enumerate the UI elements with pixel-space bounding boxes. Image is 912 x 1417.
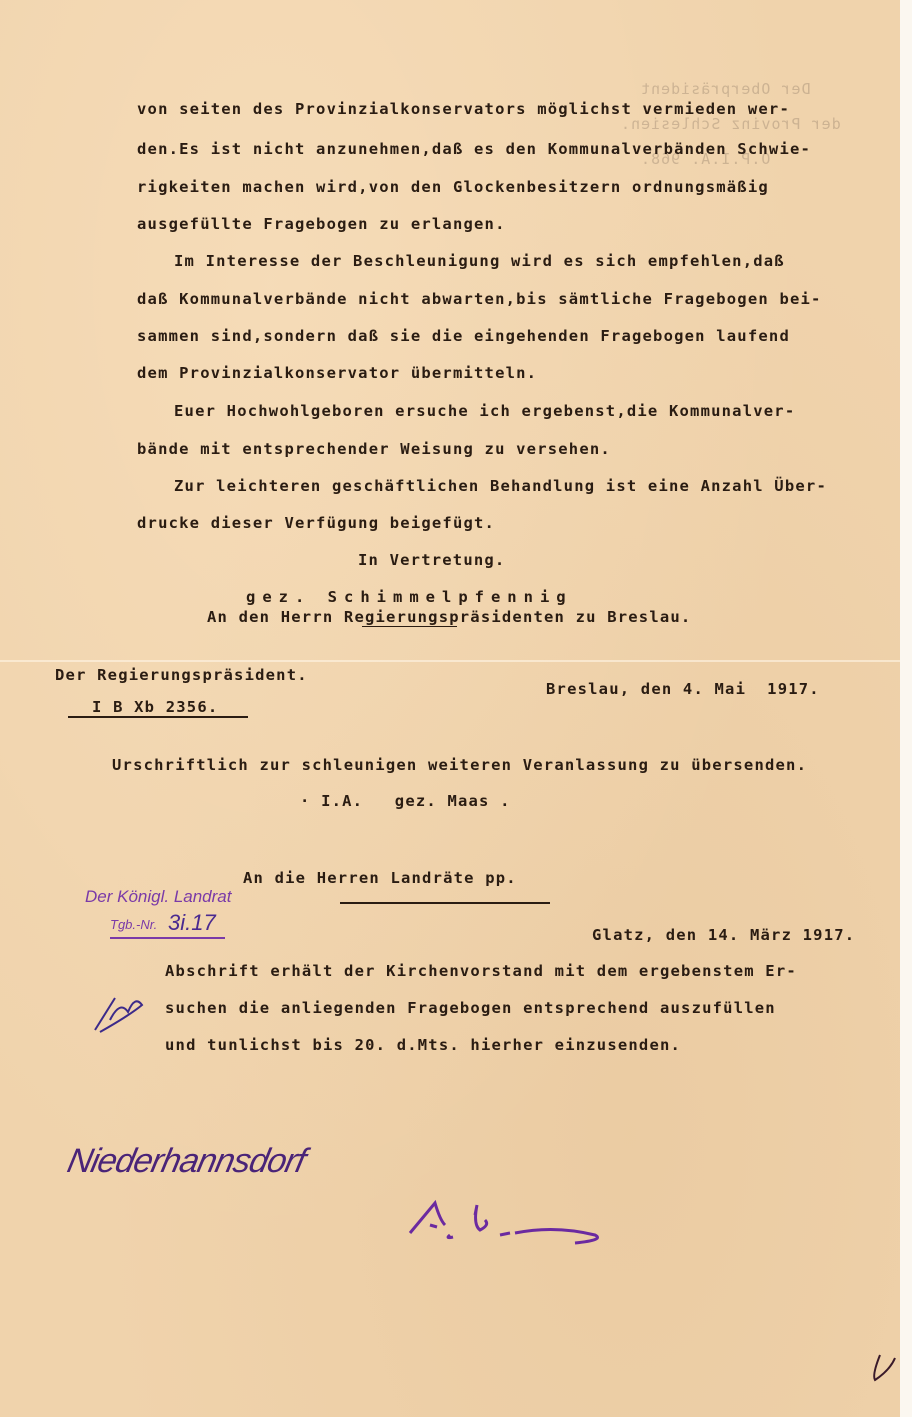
page-edge xyxy=(900,0,912,1417)
bleed-through-line: Der Oberpräsident xyxy=(640,80,811,98)
margin-note-icon xyxy=(80,990,160,1040)
text-line: dem Provinzialkonservator übermitteln. xyxy=(137,364,537,382)
text-line: ausgefüllte Fragebogen zu erlangen. xyxy=(137,215,506,233)
text-line: Euer Hochwohlgeboren ersuche ich ergeben… xyxy=(174,402,795,420)
text-line: Zur leichteren geschäftlichen Behandlung… xyxy=(174,477,827,495)
text-line: den.Es ist nicht anzunehmen,daß es den K… xyxy=(137,140,811,158)
addressee: An die Herren Landräte pp. xyxy=(243,869,517,887)
stamp-landrat: Der Königl. Landrat xyxy=(85,887,231,907)
text-line: daß Kommunalverbände nicht abwarten,bis … xyxy=(137,290,822,308)
text-line: drucke dieser Verfügung beigefügt. xyxy=(137,514,495,532)
instruction: Urschriftlich zur schleunigen weiteren V… xyxy=(112,756,807,774)
text-line: von seiten des Provinzialkonservators mö… xyxy=(137,100,790,118)
text-line: sammen sind,sondern daß sie die eingehen… xyxy=(137,327,790,345)
stamp-number: 3i.17 xyxy=(168,910,216,936)
underline xyxy=(340,902,550,904)
text-line: bände mit entsprechender Weisung zu vers… xyxy=(137,440,611,458)
stamp-underline xyxy=(110,937,225,939)
underline xyxy=(68,716,248,718)
reference-number: I B Xb 2356. xyxy=(92,698,218,716)
text-line: Abschrift erhält der Kirchenvorstand mit… xyxy=(165,962,797,980)
corner-check-mark-icon xyxy=(870,1350,900,1390)
handwritten-place: Niederhannsdorf xyxy=(64,1142,309,1181)
signature-typed: gez. Schimmelpfennig xyxy=(246,588,573,606)
underline xyxy=(362,626,457,627)
closing: In Vertretung. xyxy=(358,551,505,569)
signature-typed: · I.A. gez. Maas . xyxy=(300,792,511,810)
text-line: Im Interesse der Beschleunigung wird es … xyxy=(174,252,785,270)
text-line: suchen die anliegenden Fragebogen entspr… xyxy=(165,999,776,1017)
addressee: An den Herrn Regierungspräsidenten zu Br… xyxy=(207,608,691,626)
place-date: Breslau, den 4. Mai 1917. xyxy=(546,680,820,698)
text-line: und tunlichst bis 20. d.Mts. hierher ein… xyxy=(165,1036,681,1054)
place-date: Glatz, den 14. März 1917. xyxy=(592,926,855,944)
handwritten-signature-icon xyxy=(405,1195,645,1255)
stamp-tgb-label: Tgb.-Nr. xyxy=(110,917,157,932)
paper-fold xyxy=(0,660,900,662)
text-line: rigkeiten machen wird,von den Glockenbes… xyxy=(137,178,769,196)
sender: Der Regierungspräsident. xyxy=(55,666,308,684)
